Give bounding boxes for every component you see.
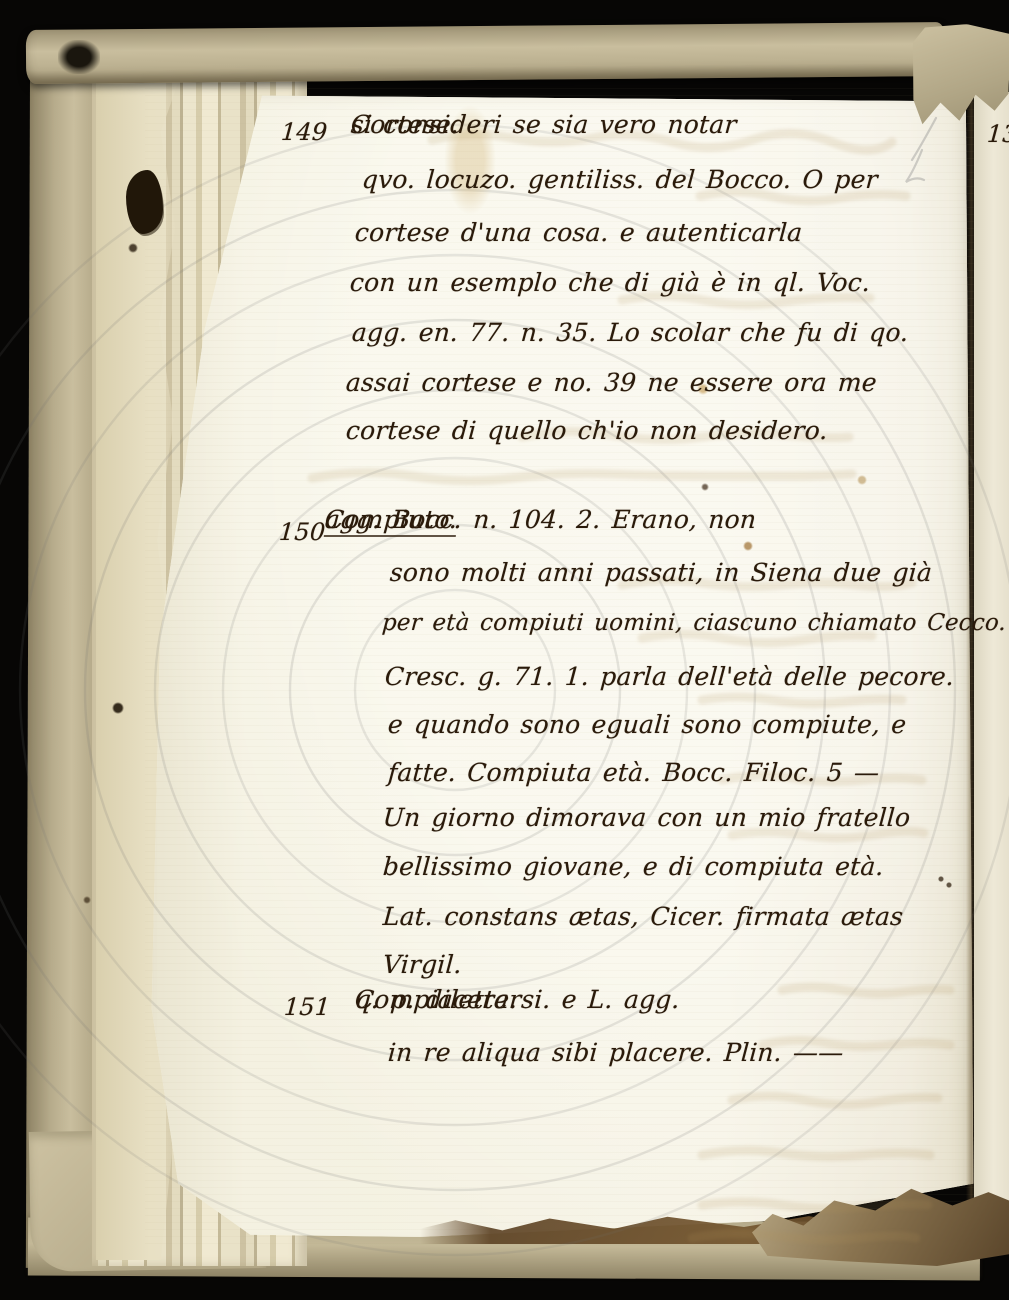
entry-number: 149: [280, 118, 328, 146]
manuscript-text-line: cortese di quello ch'io non desidero.: [345, 416, 829, 445]
binding-corner-hole: [58, 40, 100, 74]
manuscript-text-line: qvo. locuzo. gentiliss. del Bocco. O per: [361, 165, 879, 194]
manuscript-text-line: per età compiuti uomini, ciascuno chiama…: [381, 610, 1007, 636]
manuscript-text-line: sono molti anni passati, in Siena due gi…: [389, 558, 933, 587]
manuscript-text: agg. Bocc. n. 104. 2. Erano, non: [324, 505, 757, 534]
manuscript-text-line: Lat. constans ætas, Cicer. firmata ætas: [382, 902, 904, 931]
manuscript-text: q. p. dilettarsi. e L. agg.: [354, 985, 681, 1014]
manuscript-text-line: Virgil.: [382, 950, 463, 979]
next-page-sliver: 13: [974, 92, 1009, 1240]
book-cover-top-edge: [26, 22, 946, 84]
manuscript-text-line: agg. en. 77. n. 35. Lo scolar che fu di …: [351, 318, 910, 347]
manuscript-text-line: cortese d'una cosa. e autenticarla: [354, 218, 803, 247]
entry-number: 150: [278, 518, 326, 546]
manuscript-text-line: bellissimo giovane, e di compiuta età.: [382, 852, 885, 881]
next-page-number: 13: [986, 120, 1009, 148]
manuscript-text: si consideri se sia vero notar: [350, 110, 738, 139]
ink-blot: [126, 170, 163, 234]
manuscript-text-line: Un giorno dimorava con un mio fratello: [382, 803, 911, 832]
manuscript-text-line: e quando sono eguali sono compiute, e: [387, 710, 907, 739]
manuscript-text-line: fatte. Compiuta età. Bocc. Filoc. 5 —: [387, 758, 880, 787]
manuscript-text-line: in re aliqua sibi placere. Plin. ——: [387, 1038, 845, 1067]
manuscript-text-line: Cresc. g. 71. 1. parla dell'età delle pe…: [384, 662, 955, 691]
manuscript-photo: 13: [0, 0, 1009, 1300]
manuscript-text-line: assai cortese e no. 39 ne essere ora me: [345, 368, 878, 397]
manuscript-text-line: con un esemplo che di già è in ql. Voc.: [349, 268, 871, 297]
entry-number: 151: [283, 993, 331, 1021]
